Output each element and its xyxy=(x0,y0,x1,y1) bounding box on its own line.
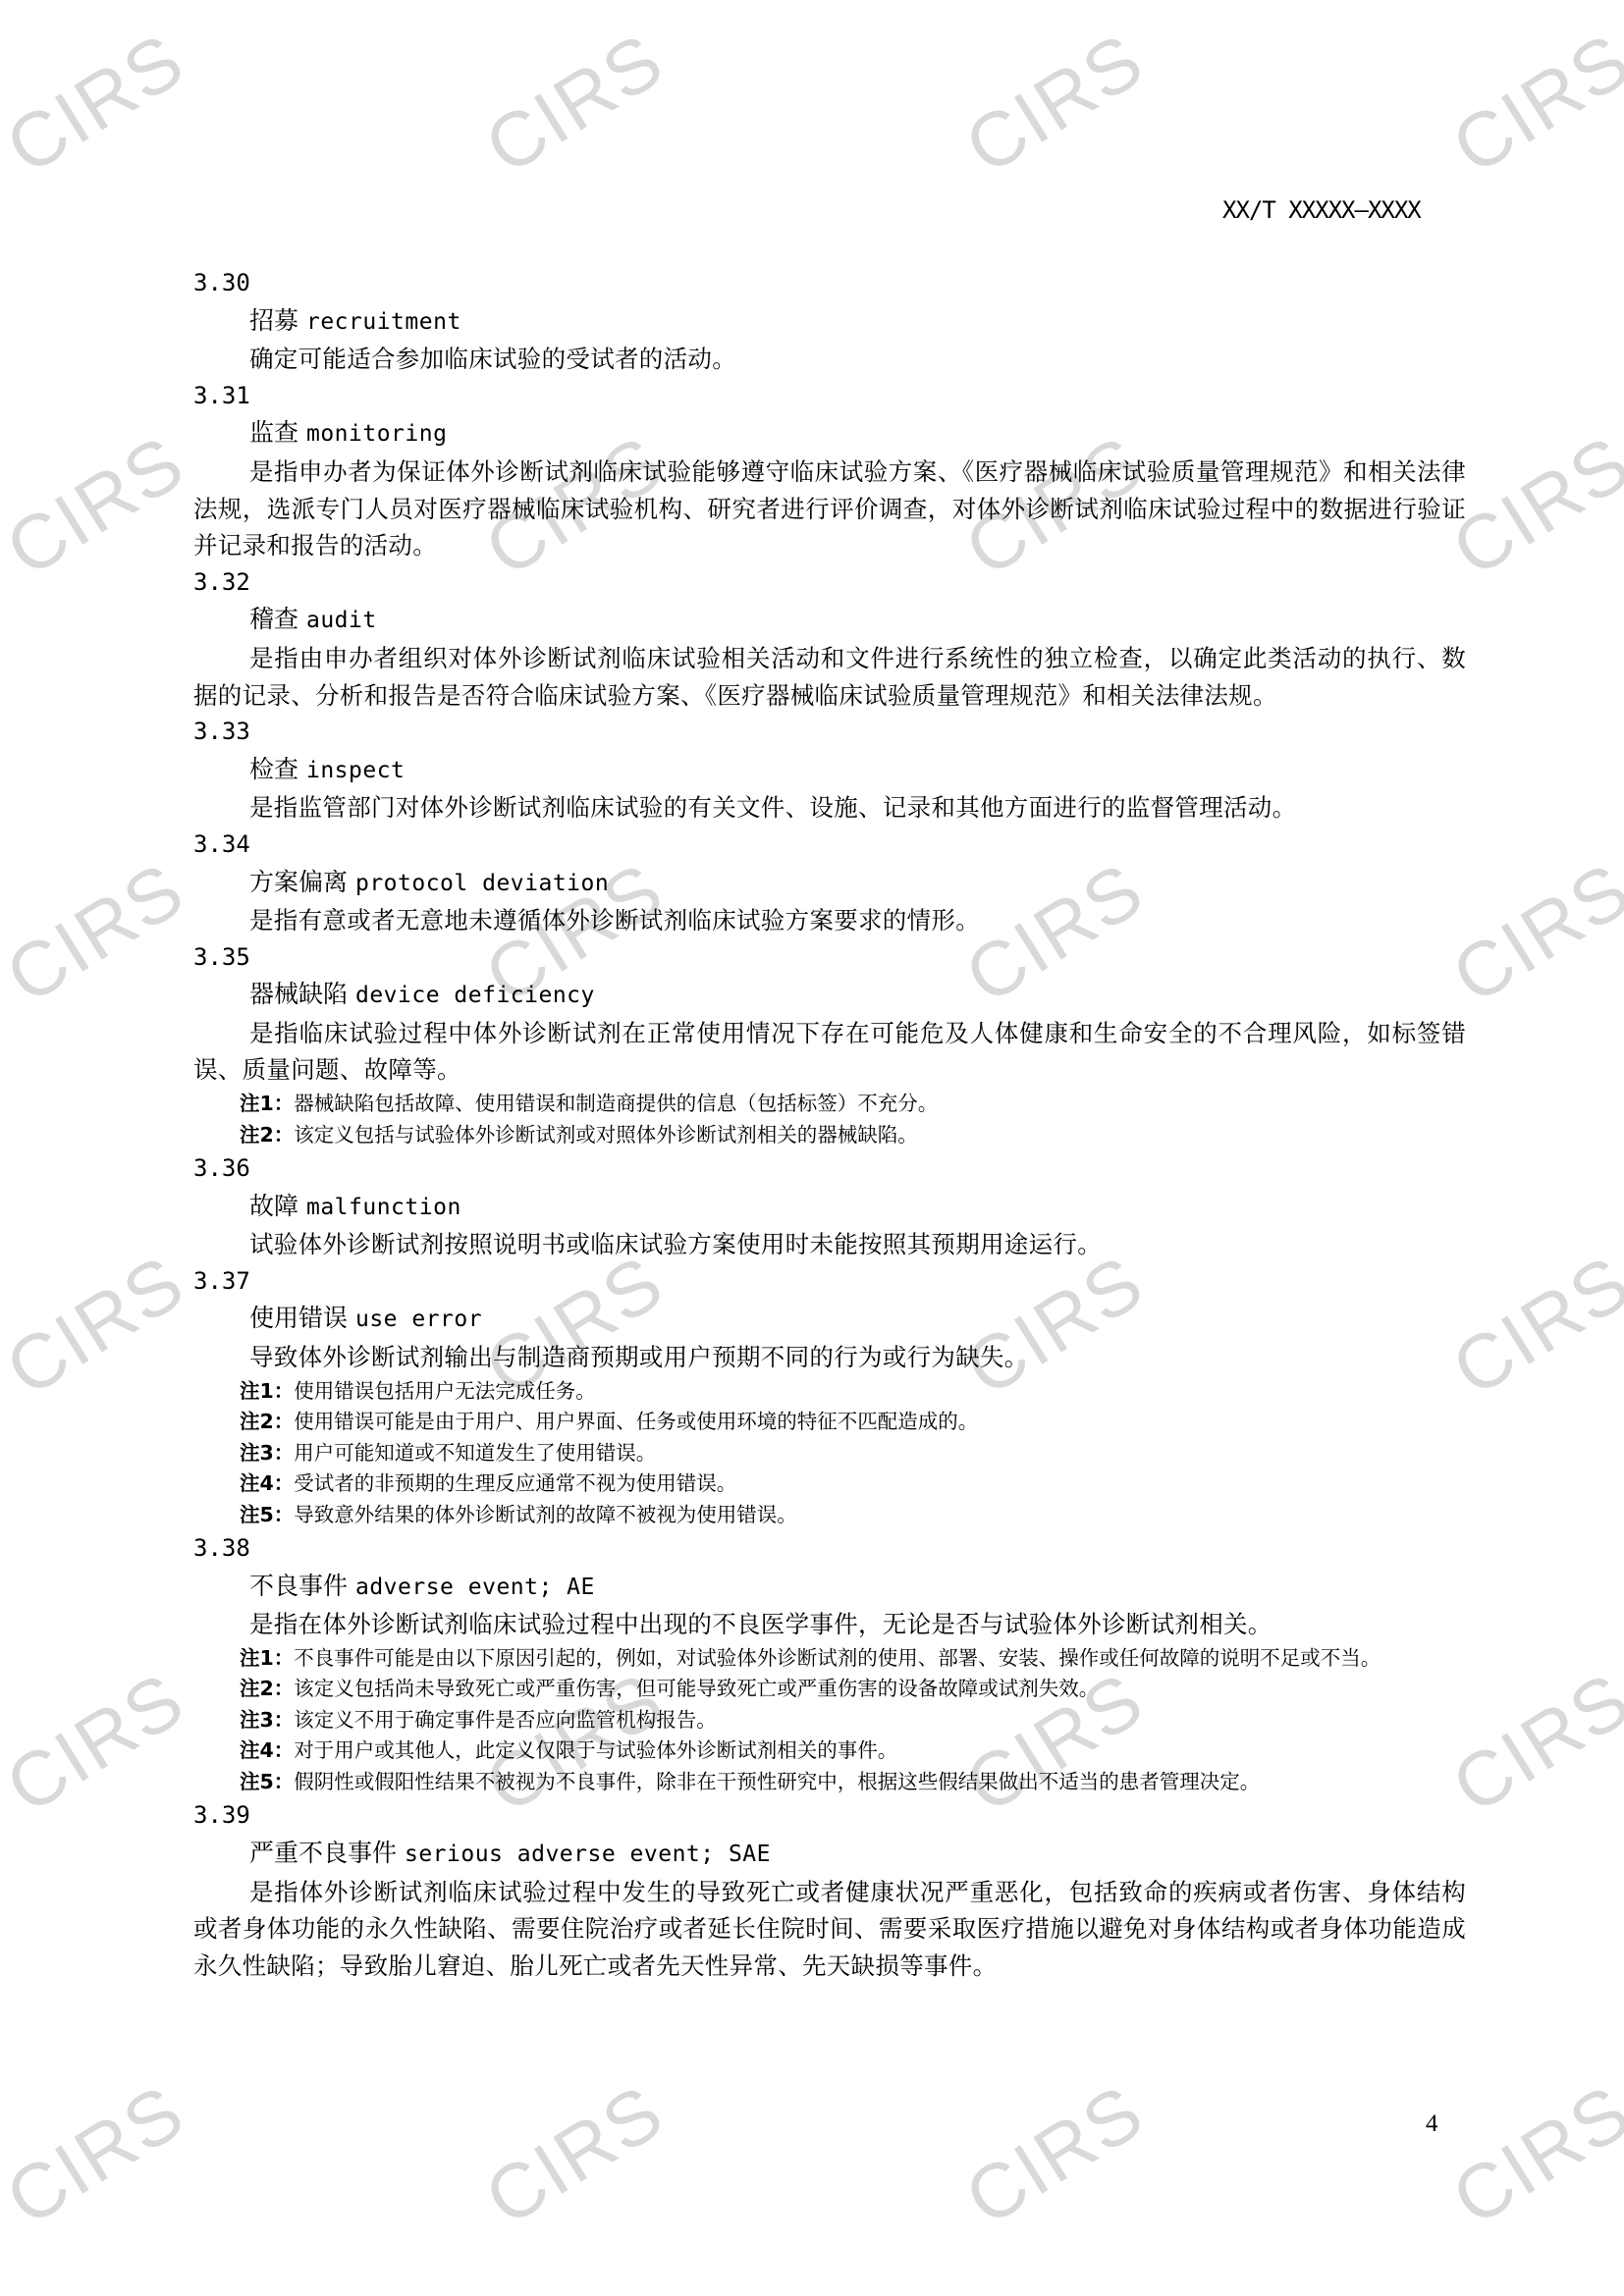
term-chinese: 器械缺陷 xyxy=(249,980,348,1008)
note-text: 该定义不用于确定事件是否应向监管机构报告。 xyxy=(294,1705,1466,1736)
cirs-watermark: CIRS xyxy=(950,2066,1160,2243)
term-title: 稽查 audit xyxy=(193,601,1466,640)
note-label: 注1： xyxy=(240,1089,294,1120)
term-entry: 3.38 不良事件 adverse event; AE 是指在体外诊断试剂临床试… xyxy=(193,1530,1466,1797)
note-item: 注2：使用错误可能是由于用户、用户界面、任务或使用环境的特征不匹配造成的。 xyxy=(193,1407,1466,1438)
note-text: 使用错误可能是由于用户、用户界面、任务或使用环境的特征不匹配造成的。 xyxy=(294,1407,1466,1438)
terms-definitions-list: 3.30 招募 recruitment 确定可能适合参加临床试验的受试者的活动。… xyxy=(193,265,1466,1984)
notes-list: 注1：不良事件可能是由以下原因引起的，例如，对试验体外诊断试剂的使用、部署、安装… xyxy=(193,1643,1466,1798)
standard-code-header: XX/T XXXXX—XXXX xyxy=(1222,196,1421,224)
note-item: 注3：用户可能知道或不知道发生了使用错误。 xyxy=(193,1438,1466,1469)
note-item: 注5：假阴性或假阳性结果不被视为不良事件，除非在干预性研究中，根据这些假结果做出… xyxy=(193,1767,1466,1798)
term-definition: 是指由申办者组织对体外诊断试剂临床试验相关活动和文件进行系统性的独立检查，以确定… xyxy=(193,640,1466,714)
term-definition: 导致体外诊断试剂输出与制造商预期或用户预期不同的行为或行为缺失。 xyxy=(193,1339,1466,1376)
note-text: 导致意外结果的体外诊断试剂的故障不被视为使用错误。 xyxy=(294,1500,1466,1531)
term-english: device deficiency xyxy=(355,983,595,1008)
term-chinese: 监查 xyxy=(249,418,298,447)
term-title: 故障 malfunction xyxy=(193,1188,1466,1227)
term-chinese: 稽查 xyxy=(249,605,298,633)
cirs-watermark: CIRS xyxy=(0,844,200,1021)
note-item: 注2：该定义包括与试验体外诊断试剂或对照体外诊断试剂相关的器械缺陷。 xyxy=(193,1120,1466,1151)
note-item: 注4：对于用户或其他人，此定义仅限于与试验体外诊断试剂相关的事件。 xyxy=(193,1735,1466,1767)
term-chinese: 使用错误 xyxy=(249,1304,348,1332)
term-english: adverse event; AE xyxy=(355,1575,595,1600)
note-label: 注3： xyxy=(240,1705,294,1736)
term-english: malfunction xyxy=(306,1195,461,1220)
note-text: 对于用户或其他人，此定义仅限于与试验体外诊断试剂相关的事件。 xyxy=(294,1735,1466,1767)
clause-number: 3.30 xyxy=(193,265,1466,302)
note-item: 注4：受试者的非预期的生理反应通常不视为使用错误。 xyxy=(193,1468,1466,1500)
term-english: audit xyxy=(306,608,377,633)
term-entry: 3.39 严重不良事件 serious adverse event; SAE 是… xyxy=(193,1797,1466,1984)
cirs-watermark: CIRS xyxy=(950,15,1160,191)
term-entry: 3.32 稽查 audit 是指由申办者组织对体外诊断试剂临床试验相关活动和文件… xyxy=(193,564,1466,714)
term-entry: 3.31 监查 monitoring 是指申办者为保证体外诊断试剂临床试验能够遵… xyxy=(193,378,1466,564)
clause-number: 3.37 xyxy=(193,1263,1466,1301)
note-label: 注3： xyxy=(240,1438,294,1469)
page-number: 4 xyxy=(1426,2110,1438,2138)
term-definition: 是指在体外诊断试剂临床试验过程中出现的不良医学事件，无论是否与试验体外诊断试剂相… xyxy=(193,1606,1466,1643)
clause-number: 3.36 xyxy=(193,1150,1466,1188)
term-entry: 3.37 使用错误 use error 导致体外诊断试剂输出与制造商预期或用户预… xyxy=(193,1263,1466,1530)
note-item: 注5：导致意外结果的体外诊断试剂的故障不被视为使用错误。 xyxy=(193,1500,1466,1531)
note-label: 注5： xyxy=(240,1767,294,1798)
note-item: 注1：器械缺陷包括故障、使用错误和制造商提供的信息（包括标签）不充分。 xyxy=(193,1089,1466,1120)
term-title: 器械缺陷 device deficiency xyxy=(193,976,1466,1015)
cirs-watermark: CIRS xyxy=(0,417,200,594)
term-entry: 3.36 故障 malfunction 试验体外诊断试剂按照说明书或临床试验方案… xyxy=(193,1150,1466,1263)
term-entry: 3.35 器械缺陷 device deficiency 是指临床试验过程中体外诊… xyxy=(193,939,1466,1150)
term-chinese: 方案偏离 xyxy=(249,868,348,896)
term-definition: 是指体外诊断试剂临床试验过程中发生的导致死亡或者健康状况严重恶化，包括致命的疾病… xyxy=(193,1874,1466,1985)
note-label: 注2： xyxy=(240,1674,294,1705)
term-entry: 3.30 招募 recruitment 确定可能适合参加临床试验的受试者的活动。 xyxy=(193,265,1466,378)
cirs-watermark: CIRS xyxy=(1437,15,1624,191)
term-title: 检查 inspect xyxy=(193,751,1466,790)
note-text: 假阴性或假阳性结果不被视为不良事件，除非在干预性研究中，根据这些假结果做出不适当… xyxy=(294,1767,1466,1798)
term-english: inspect xyxy=(306,758,405,783)
clause-number: 3.32 xyxy=(193,564,1466,602)
term-english: monitoring xyxy=(306,421,447,447)
note-label: 注4： xyxy=(240,1735,294,1767)
cirs-watermark: CIRS xyxy=(0,1237,200,1414)
term-english: use error xyxy=(355,1307,482,1332)
clause-number: 3.39 xyxy=(193,1797,1466,1835)
cirs-watermark: CIRS xyxy=(470,2066,679,2243)
clause-number: 3.38 xyxy=(193,1530,1466,1568)
clause-number: 3.33 xyxy=(193,714,1466,751)
term-definition: 是指申办者为保证体外诊断试剂临床试验能够遵守临床试验方案、《医疗器械临床试验质量… xyxy=(193,454,1466,564)
term-definition: 是指有意或者无意地未遵循体外诊断试剂临床试验方案要求的情形。 xyxy=(193,902,1466,939)
term-entry: 3.34 方案偏离 protocol deviation 是指有意或者无意地未遵… xyxy=(193,827,1466,939)
note-item: 注1：使用错误包括用户无法完成任务。 xyxy=(193,1376,1466,1408)
clause-number: 3.35 xyxy=(193,939,1466,977)
note-label: 注4： xyxy=(240,1468,294,1500)
note-label: 注1： xyxy=(240,1376,294,1408)
clause-number: 3.34 xyxy=(193,827,1466,864)
term-chinese: 故障 xyxy=(249,1192,298,1220)
cirs-watermark: CIRS xyxy=(0,1654,200,1831)
term-english: serious adverse event; SAE xyxy=(405,1842,771,1867)
term-title: 监查 monitoring xyxy=(193,414,1466,454)
note-label: 注2： xyxy=(240,1120,294,1151)
term-title: 使用错误 use error xyxy=(193,1300,1466,1339)
term-chinese: 招募 xyxy=(249,306,298,335)
notes-list: 注1：器械缺陷包括故障、使用错误和制造商提供的信息（包括标签）不充分。 注2：该… xyxy=(193,1089,1466,1150)
cirs-watermark: CIRS xyxy=(470,15,679,191)
term-definition: 试验体外诊断试剂按照说明书或临床试验方案使用时未能按照其预期用途运行。 xyxy=(193,1226,1466,1263)
term-english: protocol deviation xyxy=(355,871,609,896)
note-text: 受试者的非预期的生理反应通常不视为使用错误。 xyxy=(294,1468,1466,1500)
note-item: 注1：不良事件可能是由以下原因引起的，例如，对试验体外诊断试剂的使用、部署、安装… xyxy=(193,1643,1466,1675)
note-item: 注3：该定义不用于确定事件是否应向监管机构报告。 xyxy=(193,1705,1466,1736)
term-chinese: 检查 xyxy=(249,755,298,783)
notes-list: 注1：使用错误包括用户无法完成任务。 注2：使用错误可能是由于用户、用户界面、任… xyxy=(193,1376,1466,1531)
term-title: 严重不良事件 serious adverse event; SAE xyxy=(193,1835,1466,1874)
note-text: 该定义包括尚未导致死亡或严重伤害，但可能导致死亡或严重伤害的设备故障或试剂失效。 xyxy=(294,1674,1466,1705)
clause-number: 3.31 xyxy=(193,378,1466,415)
note-item: 注2：该定义包括尚未导致死亡或严重伤害，但可能导致死亡或严重伤害的设备故障或试剂… xyxy=(193,1674,1466,1705)
note-label: 注1： xyxy=(240,1643,294,1675)
note-label: 注5： xyxy=(240,1500,294,1531)
note-text: 用户可能知道或不知道发生了使用错误。 xyxy=(294,1438,1466,1469)
note-text: 不良事件可能是由以下原因引起的，例如，对试验体外诊断试剂的使用、部署、安装、操作… xyxy=(294,1643,1466,1675)
note-text: 该定义包括与试验体外诊断试剂或对照体外诊断试剂相关的器械缺陷。 xyxy=(294,1120,1466,1151)
cirs-watermark: CIRS xyxy=(0,2066,200,2243)
term-chinese: 不良事件 xyxy=(249,1572,348,1600)
term-english: recruitment xyxy=(306,309,461,335)
term-definition: 是指监管部门对体外诊断试剂临床试验的有关文件、设施、记录和其他方面进行的监督管理… xyxy=(193,789,1466,827)
term-definition: 确定可能适合参加临床试验的受试者的活动。 xyxy=(193,341,1466,378)
note-text: 器械缺陷包括故障、使用错误和制造商提供的信息（包括标签）不充分。 xyxy=(294,1089,1466,1120)
note-text: 使用错误包括用户无法完成任务。 xyxy=(294,1376,1466,1408)
note-label: 注2： xyxy=(240,1407,294,1438)
term-chinese: 严重不良事件 xyxy=(249,1839,397,1867)
cirs-watermark: CIRS xyxy=(0,15,200,191)
term-title: 招募 recruitment xyxy=(193,302,1466,342)
cirs-watermark: CIRS xyxy=(1437,2066,1624,2243)
term-definition: 是指临床试验过程中体外诊断试剂在正常使用情况下存在可能危及人体健康和生命安全的不… xyxy=(193,1015,1466,1089)
term-entry: 3.33 检查 inspect 是指监管部门对体外诊断试剂临床试验的有关文件、设… xyxy=(193,714,1466,827)
term-title: 不良事件 adverse event; AE xyxy=(193,1568,1466,1607)
term-title: 方案偏离 protocol deviation xyxy=(193,864,1466,903)
